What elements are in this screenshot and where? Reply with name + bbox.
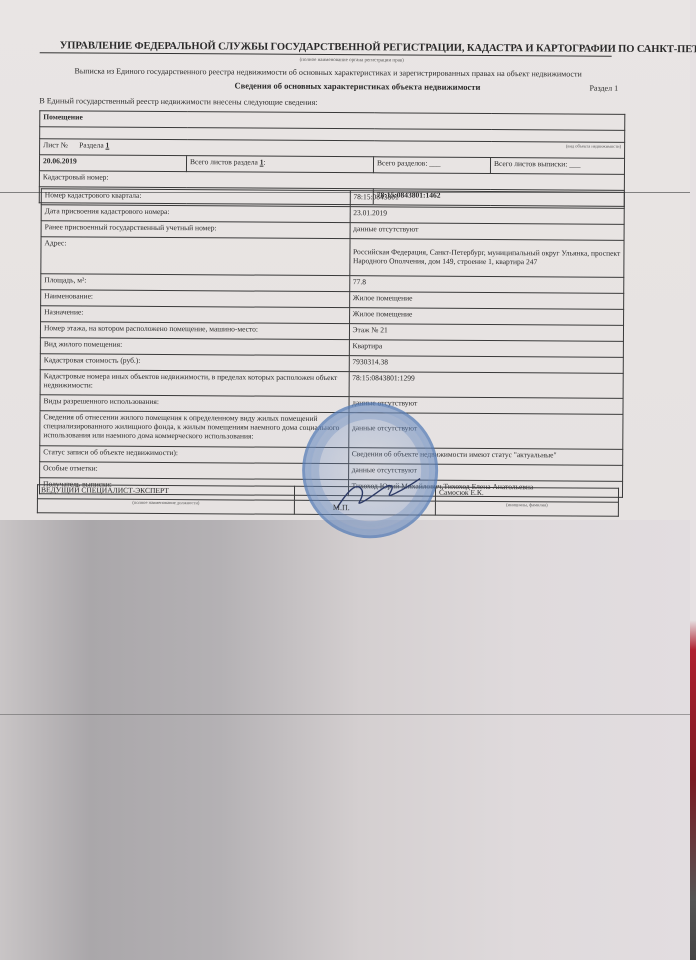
total-sections: Всего разделов: ___ [373, 157, 490, 174]
total-sheets-section-label: Всего листов раздела [190, 157, 258, 166]
field-value: данные отсутствуют [350, 223, 625, 241]
table-row: Кадастровые номера иных объектов недвижи… [40, 370, 623, 399]
field-value: 78:15:0843801:1299 [349, 372, 624, 399]
field-label: Ранее присвоенный государственный учетны… [41, 221, 350, 239]
object-type-note: (вид объекта недвижимости) [566, 143, 621, 148]
subtitle: Сведения об основных характеристиках объ… [234, 80, 480, 92]
field-value: 77.8 [349, 276, 624, 294]
fold-line-bottom [0, 714, 690, 715]
field-value: Жилое помещение [349, 308, 624, 326]
field-value: 23.01.2019 [350, 207, 625, 225]
field-value: Российская Федерация, Санкт-Петербург, м… [349, 239, 624, 278]
official-seal-icon [302, 402, 439, 539]
total-sheets-extract-label: Всего листов выписки: [494, 159, 567, 168]
field-label: Адрес: [41, 237, 350, 276]
signer-name: Самосюк Е.К. [435, 487, 618, 502]
field-label: Номер кадастрового квартала: [41, 189, 350, 207]
stamp-label: М.П. [333, 503, 350, 512]
document-paper-lower-fold [0, 520, 690, 960]
position-title: ВЕДУЩИЙ СПЕЦИАЛИСТ-ЭКСПЕРТ [37, 485, 294, 501]
total-sheets-section: Всего листов раздела 1: [186, 156, 373, 173]
field-label: Сведения об отнесении жилого помещения к… [40, 411, 349, 448]
section-ref-value: 1 [106, 141, 110, 150]
agency-note: (полное наименование органа регистрации … [300, 58, 404, 64]
field-label: Номер этажа, на котором расположено поме… [40, 322, 349, 340]
field-label: Вид жилого помещения: [40, 338, 349, 356]
field-label: Дата присвоения кадастрового номера: [41, 205, 350, 223]
intro-text: В Единый государственный реестр недвижим… [39, 96, 317, 107]
extract-date: 20.06.2019 [39, 155, 186, 172]
table-row: Адрес:Российская Федерация, Санкт-Петерб… [41, 237, 624, 278]
total-sections-value: ___ [429, 159, 440, 168]
field-value: Квартира [349, 340, 624, 358]
field-label: Наименование: [41, 290, 350, 308]
extract-document: УПРАВЛЕНИЕ ФЕДЕРАЛЬНОЙ СЛУЖБЫ ГОСУДАРСТВ… [0, 0, 696, 544]
section-label: Раздел 1 [589, 84, 618, 93]
position-note: (полное наименование должности) [37, 499, 294, 515]
field-value: Этаж № 21 [349, 324, 624, 342]
section-ref-label: Раздела [79, 140, 104, 149]
field-label: Кадастровая стоимость (руб.): [40, 354, 349, 372]
total-sheets-extract: Всего листов выписки: ___ [490, 157, 624, 174]
sheet-label: Лист № [43, 140, 68, 149]
extract-title: Выписка из Единого государственного реес… [75, 66, 582, 78]
signer-name-note: (инициалы, фамилия) [435, 501, 618, 516]
field-value: Жилое помещение [349, 292, 624, 310]
field-value: 78:15:0843801 [350, 191, 625, 209]
total-sheets-extract-value: ___ [569, 159, 580, 168]
field-label: Назначение: [41, 306, 350, 324]
field-label: Виды разрешенного использования: [40, 395, 349, 413]
field-label: Площадь, м²: [41, 274, 350, 292]
total-sections-label: Всего разделов: [377, 158, 427, 167]
field-label: Кадастровые номера иных объектов недвижи… [40, 370, 349, 397]
total-sheets-section-value: 1 [260, 158, 264, 167]
field-value: 7930314.38 [349, 356, 624, 374]
